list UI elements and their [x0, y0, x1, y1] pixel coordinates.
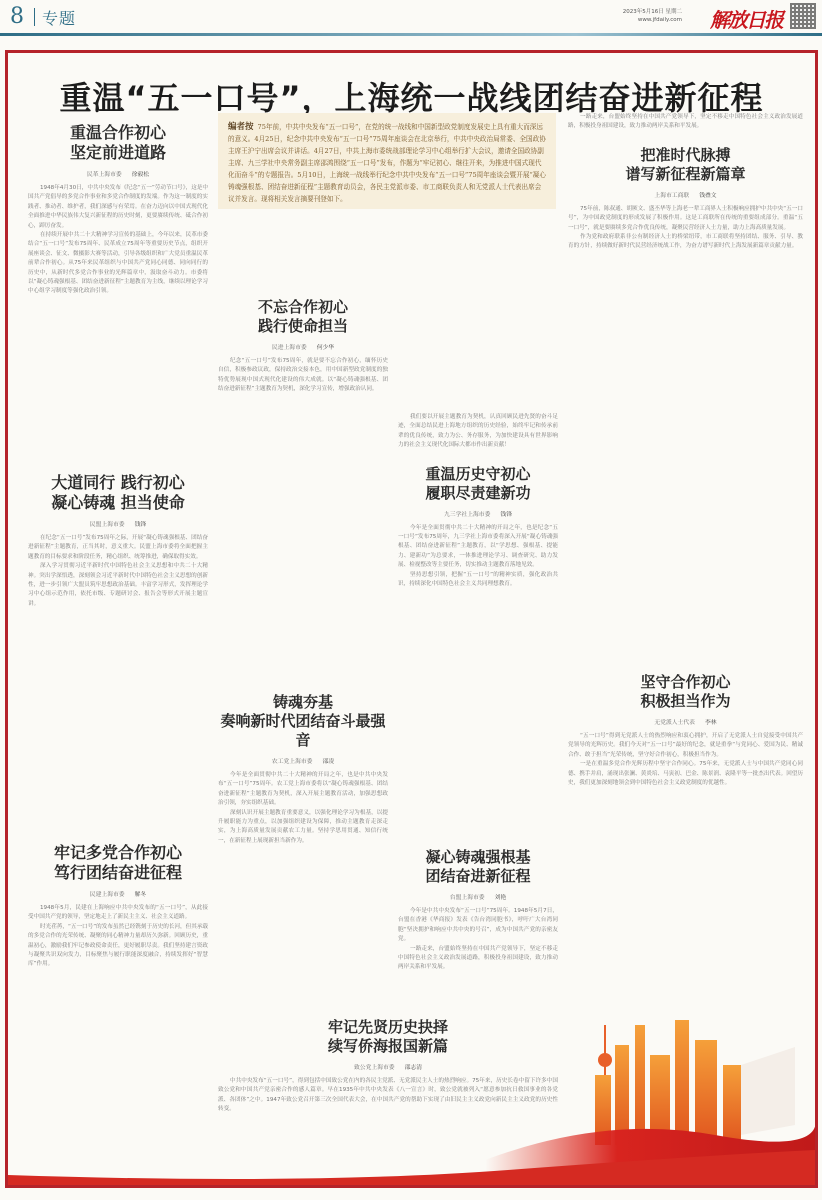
byline-org: 民进上海市委	[272, 345, 307, 351]
article-card: 大道同行 践行初心 凝心铸魂 担当使命 民盟上海市委钱锋 在纪念“五一口号”发布…	[28, 473, 208, 609]
article-card: 不忘合作初心 践行使命担当 民进上海市委何少华 纪念“五一口号”发布75周年，就…	[218, 298, 388, 395]
paragraph: 我们要以开展主题教育为契机，认真回顾民进先贤的奋斗足迹，全面总结民进上海地方组织…	[398, 413, 558, 451]
issue-date: 2023年5月16日 星期二	[623, 8, 682, 16]
article-title-line: 笃行团结奋进征程	[28, 863, 208, 883]
section-name: 专题	[42, 6, 76, 29]
article-title-line: 践行使命担当	[218, 317, 388, 336]
paragraph: 今年是全面贯彻中共二十大精神的开局之年，也是纪念“五一口号”发布75周年，九三学…	[398, 524, 558, 571]
byline-org: 民革上海市委	[87, 172, 122, 178]
paragraph: 作为党和政府联系非公有制经济人士的桥梁纽带，市工商联将坚持团结、服务、引导、教育…	[568, 233, 803, 252]
article-card: 牢记先贤历史抉择 续写侨海报国新篇 致公党上海市委邵志清 中共中央发布“五一口号…	[218, 1018, 558, 1115]
article-title: 凝心铸魂强根基 团结奋进新征程	[398, 848, 558, 886]
article-title: 坚守合作初心 积极担当作为	[568, 673, 803, 711]
article-body: 75年前，陈叔通、胡厥文、盛丕华等上海老一辈工商界人士积极响应拥护中共中央“五一…	[568, 205, 803, 252]
byline: 台盟上海市委刘艳	[398, 892, 558, 901]
article-card: 坚守合作初心 积极担当作为 无党派人士代表李林 “五一口号”得到无党派人士的热烈…	[568, 673, 803, 788]
byline-author: 徐毅松	[132, 172, 149, 178]
article-title: 把准时代脉搏 谱写新征程新篇章	[568, 146, 803, 184]
article-title-line: 团结奋进新征程	[398, 867, 558, 886]
byline-org: 民盟上海市委	[90, 522, 125, 528]
byline-org: 无党派人士代表	[654, 720, 695, 726]
editor-note-label: 编者按	[228, 122, 254, 132]
article-body: 1948年5月，民建在上海响应中共中央发布的“五一口号”，从此接受中国共产党的领…	[28, 904, 208, 970]
paragraph: 一路走来，台盟始终坚持在中国共产党领导下，坚定不移走中国特色社会主义政治发展道路…	[398, 945, 558, 973]
byline: 民盟上海市委钱锋	[28, 519, 208, 528]
paragraph: 在纪念“五一口号”发布75周年之际，开展“凝心铸魂强根基、团结奋进新征程”主题教…	[28, 534, 208, 562]
article-title: 重温历史守初心 履职尽责建新功	[398, 465, 558, 503]
byline-author: 李林	[705, 720, 717, 726]
article-card: 我们要以开展主题教育为契机，认真回顾民进先贤的奋斗足迹，全面总结民进上海地方组织…	[398, 413, 558, 589]
red-ribbon-decoration	[8, 1145, 815, 1185]
paragraph: 一是在重温多党合作光辉历程中坚守合作同心。75年来，无党派人士与中国共产党同心同…	[568, 760, 803, 788]
article-body: 今年是全面贯彻中共二十大精神的开局之年，也是纪念“五一口号”发布75周年，九三学…	[398, 524, 558, 590]
date-block: 2023年5月16日 星期二 www.jfdaily.com	[623, 8, 682, 24]
paragraph: “五一口号”得到无党派人士的热烈响应和衷心拥护，开启了无党派人士自觉接受中国共产…	[568, 732, 803, 760]
article-card: 铸魂夯基 奏响新时代团结奋斗最强音 农工党上海市委邵凌 今年是全面贯彻中共二十大…	[218, 693, 388, 846]
byline-author: 何少华	[317, 345, 334, 351]
newspaper-logo: 解放日报	[710, 4, 782, 33]
byline-org: 九三学社上海市委	[444, 512, 490, 518]
byline-author: 刘艳	[495, 895, 507, 901]
editor-note: 编者按75年前，中共中央发布“五一口号”，在党的统一战线和中国新型政党制度发展史…	[218, 113, 556, 209]
byline-org: 致公党上海市委	[354, 1065, 395, 1071]
article-body: “五一口号”得到无党派人士的热烈响应和衷心拥护，开启了无党派人士自觉接受中国共产…	[568, 732, 803, 788]
byline-author: 邵凌	[322, 759, 334, 765]
qr-code-icon	[790, 3, 816, 29]
article-title-line: 大道同行 践行初心	[28, 473, 208, 493]
article-title: 大道同行 践行初心 凝心铸魂 担当使命	[28, 473, 208, 513]
article-title: 重温合作初心 坚定前进道路	[28, 123, 208, 163]
byline-author: 邵志清	[405, 1065, 422, 1071]
page-number: 8	[10, 4, 24, 29]
paragraph: 在持续开展中共二十大精神学习宣传的基础上，今年以来，民革市委结合“五一口号”发布…	[28, 231, 208, 297]
article-title-line: 奏响新时代团结奋斗最强音	[218, 712, 388, 750]
article-title-line: 凝心铸魂强根基	[398, 848, 558, 867]
article-title-line: 牢记先贤历史抉择	[218, 1018, 558, 1037]
article-title-line: 凝心铸魂 担当使命	[28, 493, 208, 513]
byline: 无党派人士代表李林	[568, 717, 803, 726]
article-title-line: 不忘合作初心	[218, 298, 388, 317]
article-body: 今年是中共中央发布“五一口号”75周年。1948年5月7日，台盟在香港《华商报》…	[398, 907, 558, 973]
byline-author: 钱锋	[135, 522, 147, 528]
paragraph: 1948年5月，民建在上海响应中共中央发布的“五一口号”，从此接受中国共产党的领…	[28, 904, 208, 923]
byline: 致公党上海市委邵志清	[218, 1062, 558, 1071]
article-title-line: 重温合作初心	[28, 123, 208, 143]
article-body: 中共中央发布“五一口号”，得到包括中国致公党在内的各民主党派、无党派民主人士的热…	[218, 1077, 558, 1115]
byline-org: 民建上海市委	[90, 892, 125, 898]
article-title-line: 续写侨海报国新篇	[218, 1037, 558, 1056]
article-title: 不忘合作初心 践行使命担当	[218, 298, 388, 336]
article-title-line: 铸魂夯基	[218, 693, 388, 712]
byline: 民建上海市委解冬	[28, 889, 208, 898]
paragraph: 1948年4月30日，中共中央发布《纪念“五一”劳动节口号》，这是中国共产党倡导…	[28, 184, 208, 231]
paragraph: 今年是全面贯彻中共二十大精神的开局之年，也是中共中央发布“五一口号”75周年。农…	[218, 771, 388, 809]
article-card: 凝心铸魂强根基 团结奋进新征程 台盟上海市委刘艳 今年是中共中央发布“五一口号”…	[398, 848, 558, 973]
website-link[interactable]: www.jfdaily.com	[623, 16, 682, 24]
article-title-line: 履职尽责建新功	[398, 484, 558, 503]
paragraph: 75年前，陈叔通、胡厥文、盛丕华等上海老一辈工商界人士积极响应拥护中共中央“五一…	[568, 205, 803, 233]
byline-org: 台盟上海市委	[450, 895, 485, 901]
paragraph: 中共中央发布“五一口号”，得到包括中国致公党在内的各民主党派、无党派民主人士的热…	[218, 1077, 558, 1115]
feature-frame: 重温“五一口号”，上海统一战线团结奋进新征程 编者按75年前，中共中央发布“五一…	[5, 50, 818, 1188]
article-title: 牢记多党合作初心 笃行团结奋进征程	[28, 843, 208, 883]
article-body: 纪念“五一口号”发布75周年，就是要不忘合作初心，缅怀历史自信，积极参政议政，保…	[218, 357, 388, 395]
paragraph: 深刻认识开展主题教育重要意义，以强化理论学习为根基，以提升履职能力为重点，以加强…	[218, 809, 388, 847]
article-body: 一路走来，台盟始终坚持在中国共产党领导下，坚定不移走中国特色社会主义政治发展道路…	[568, 113, 803, 132]
byline: 上海市工商联钱叠文	[568, 190, 803, 199]
byline-author: 钱叠文	[699, 193, 716, 199]
article-body: 我们要以开展主题教育为契机，认真回顾民进先贤的奋斗足迹，全面总结民进上海地方组织…	[398, 413, 558, 451]
article-card: 一路走来，台盟始终坚持在中国共产党领导下，坚定不移走中国特色社会主义政治发展道路…	[568, 113, 803, 252]
masthead: 8 专题 2023年5月16日 星期二 www.jfdaily.com 解放日报	[0, 0, 822, 38]
byline: 民进上海市委何少华	[218, 342, 388, 351]
byline-author: 解冬	[135, 892, 147, 898]
article-title-line: 重温历史守初心	[398, 465, 558, 484]
article-title-line: 坚守合作初心	[568, 673, 803, 692]
byline-org: 上海市工商联	[654, 193, 689, 199]
editor-note-text: 75年前，中共中央发布“五一口号”，在党的统一战线和中国新型政党制度发展史上具有…	[228, 123, 546, 203]
article-body: 1948年4月30日，中共中央发布《纪念“五一”劳动节口号》，这是中国共产党倡导…	[28, 184, 208, 297]
article-card: 重温合作初心 坚定前进道路 民革上海市委徐毅松 1948年4月30日，中共中央发…	[28, 123, 208, 297]
paragraph: 时光荏苒，“五一口号”的发布虽然已经镌刻于历史的长河，但其承载的多党合作的光荣传…	[28, 923, 208, 970]
paragraph: 坚持思想引领，把握“五一口号”的精神实质，强化政治共识，持续深化中国特色社会主义…	[398, 571, 558, 590]
paragraph: 一路走来，台盟始终坚持在中国共产党领导下，坚定不移走中国特色社会主义政治发展道路…	[568, 113, 803, 132]
page-divider	[34, 8, 35, 26]
paragraph: 纪念“五一口号”发布75周年，就是要不忘合作初心，缅怀历史自信，积极参政议政，保…	[218, 357, 388, 395]
byline: 民革上海市委徐毅松	[28, 169, 208, 178]
article-title-line: 把准时代脉搏	[568, 146, 803, 165]
byline: 农工党上海市委邵凌	[218, 756, 388, 765]
article-title-line: 积极担当作为	[568, 692, 803, 711]
byline-author: 钱锋	[500, 512, 512, 518]
masthead-rule	[0, 33, 822, 36]
article-title: 牢记先贤历史抉择 续写侨海报国新篇	[218, 1018, 558, 1056]
article-title-line: 牢记多党合作初心	[28, 843, 208, 863]
article-title-line: 坚定前进道路	[28, 143, 208, 163]
article-title-line: 谱写新征程新篇章	[568, 165, 803, 184]
article-body: 在纪念“五一口号”发布75周年之际，开展“凝心铸魂强根基、团结奋进新征程”主题教…	[28, 534, 208, 609]
article-body: 今年是全面贯彻中共二十大精神的开局之年，也是中共中央发布“五一口号”75周年。农…	[218, 771, 388, 846]
article-title: 铸魂夯基 奏响新时代团结奋斗最强音	[218, 693, 388, 750]
article-card: 牢记多党合作初心 笃行团结奋进征程 民建上海市委解冬 1948年5月，民建在上海…	[28, 843, 208, 970]
byline: 九三学社上海市委钱锋	[398, 509, 558, 518]
byline-org: 农工党上海市委	[272, 759, 313, 765]
paragraph: 深入学习贯彻习近平新时代中国特色社会主义思想和中共二十大精神。突出学深悟透，深刻…	[28, 562, 208, 609]
paragraph: 今年是中共中央发布“五一口号”75周年。1948年5月7日，台盟在香港《华商报》…	[398, 907, 558, 945]
